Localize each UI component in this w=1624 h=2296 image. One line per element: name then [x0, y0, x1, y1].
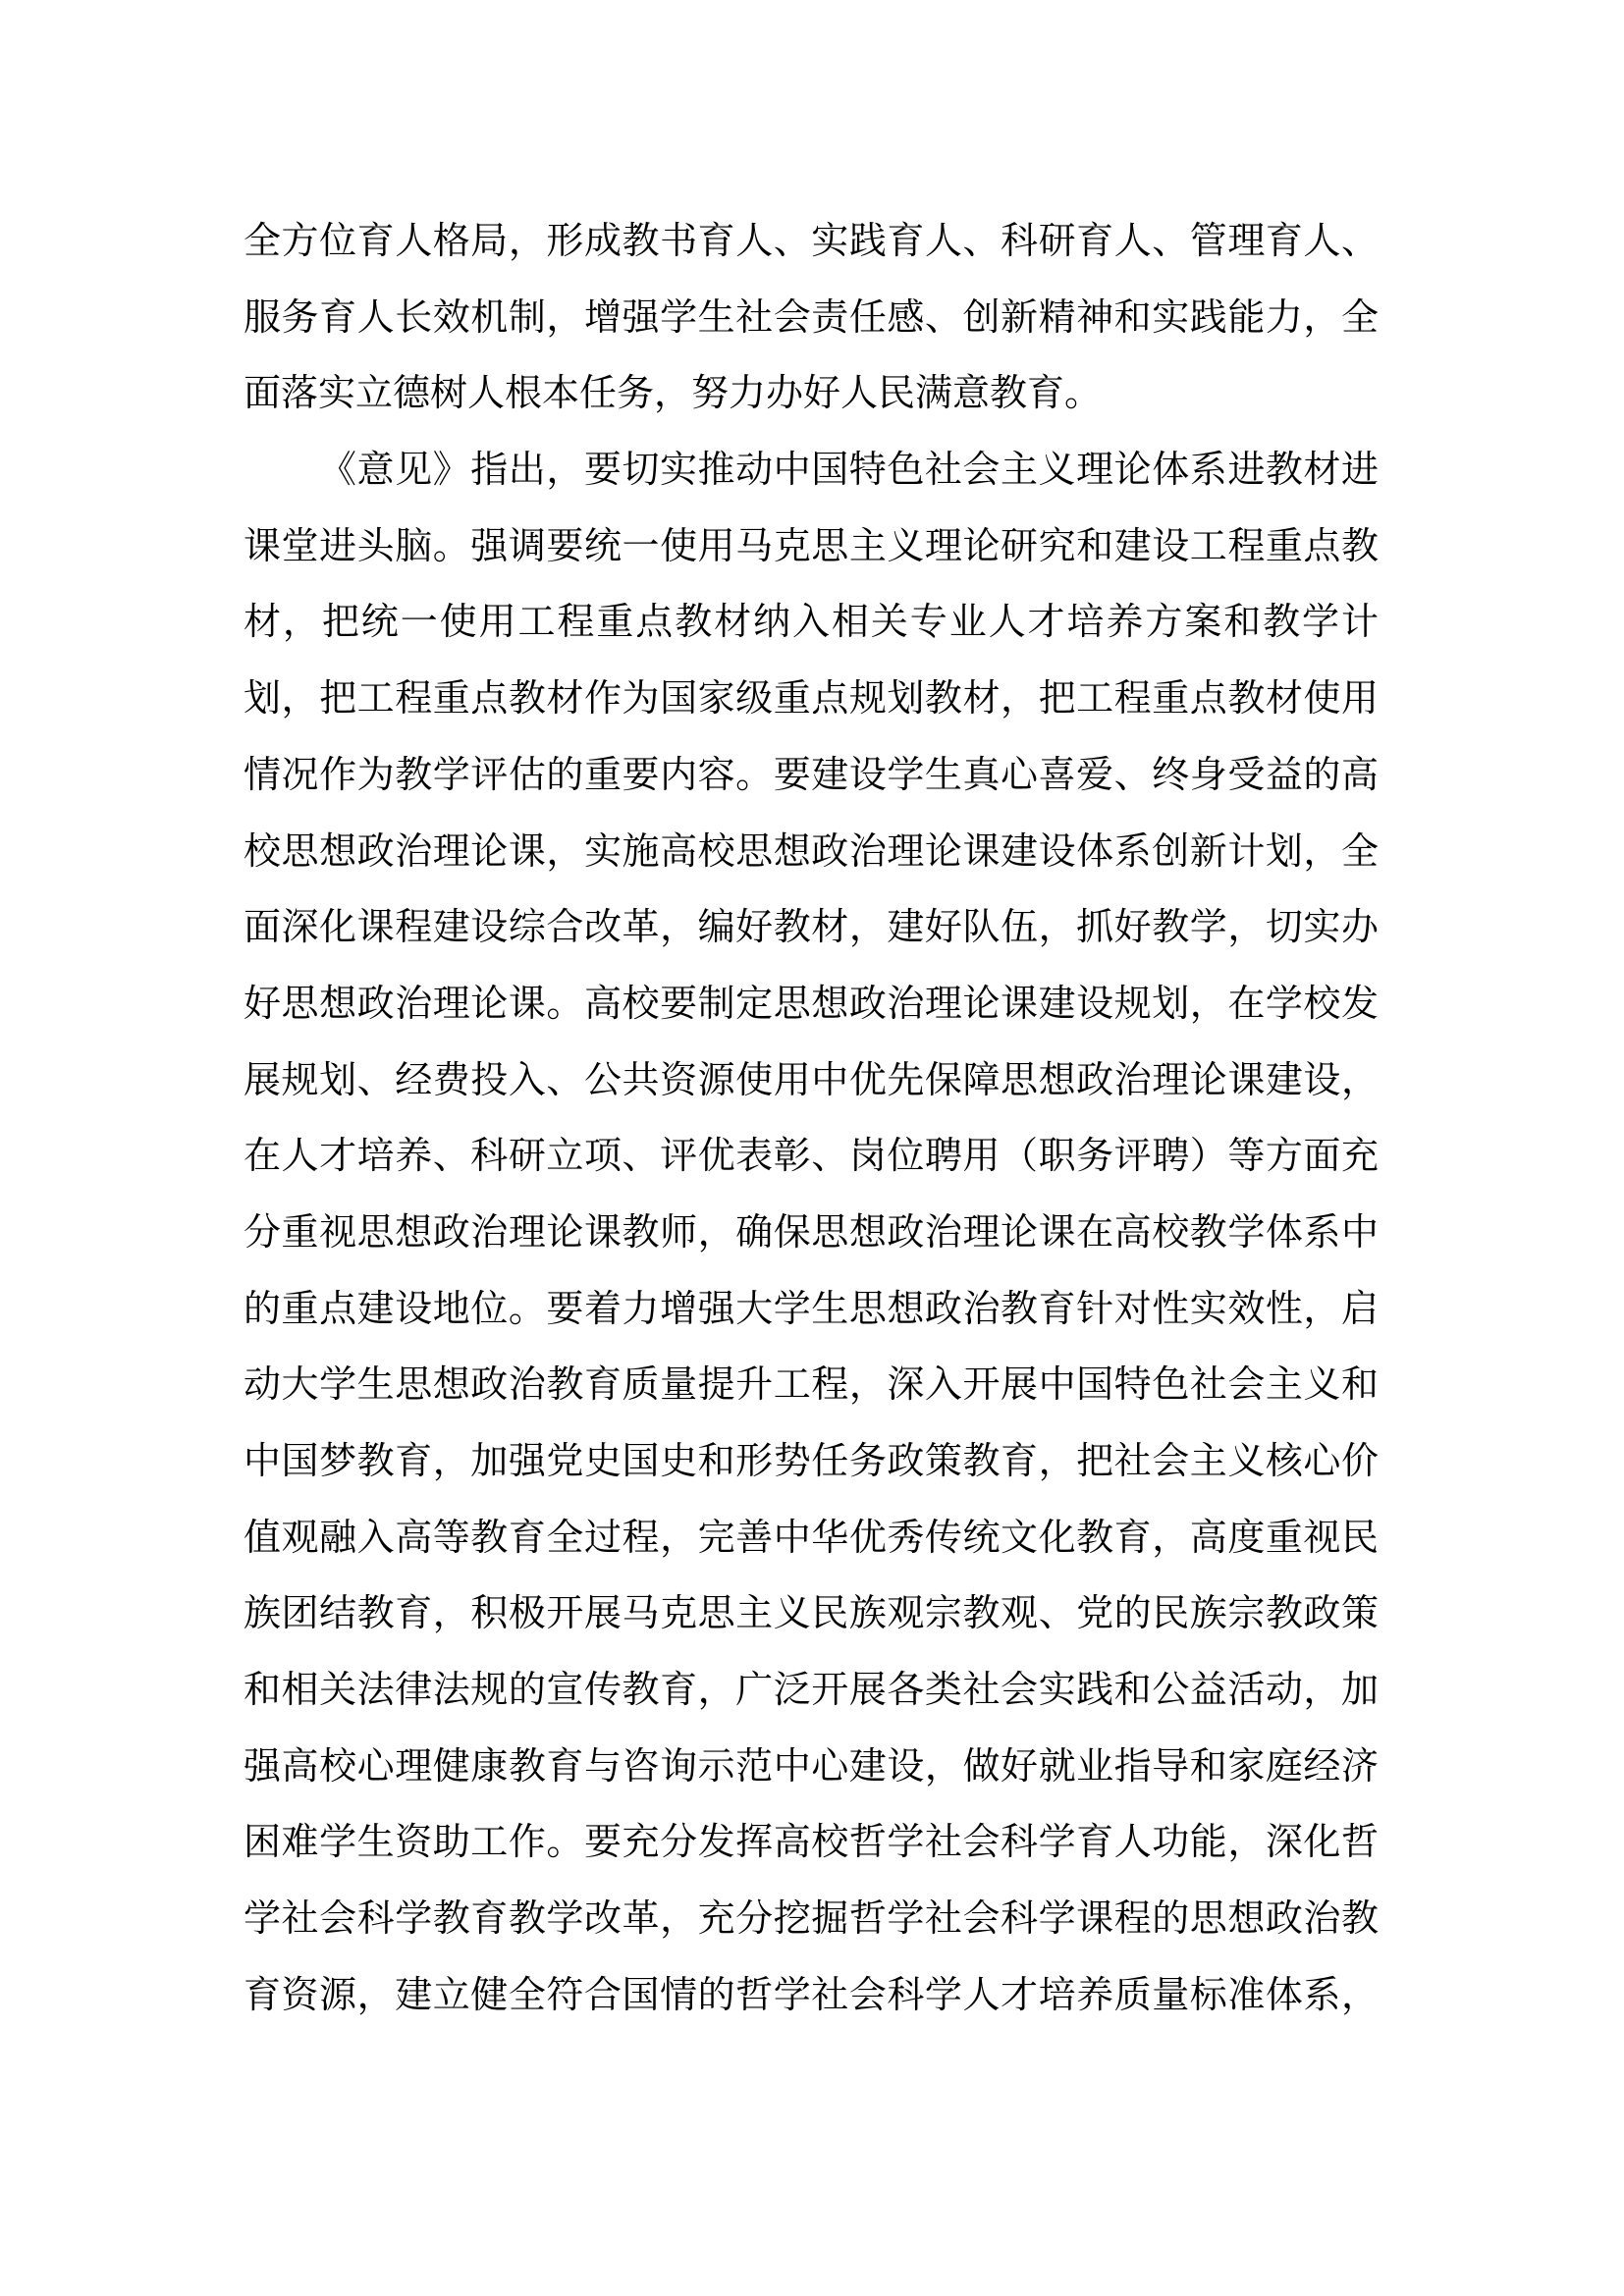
text-line: 全方位育人格局，形成教书育人、实践育人、科研育人、管理育人、	[244, 204, 1379, 281]
text-line: 学社会科学教育教学改革，充分挖掘哲学社会科学课程的思想政治教	[244, 1882, 1379, 1958]
text-line: 展规划、经费投入、公共资源使用中优先保障思想政治理论课建设，	[244, 1043, 1379, 1120]
text-line: 面落实立德树人根本任务，努力办好人民满意教育。	[244, 356, 1379, 433]
text-line: 服务育人长效机制，增强学生社会责任感、创新精神和实践能力，全	[244, 281, 1379, 357]
text-line: 课堂进头脑。强调要统一使用马克思主义理论研究和建设工程重点教	[244, 509, 1379, 586]
text-line: 划，把工程重点教材作为国家级重点规划教材，把工程重点教材使用	[244, 662, 1379, 738]
text-line: 和相关法律法规的宣传教育，广泛开展各类社会实践和公益活动，加	[244, 1653, 1379, 1730]
text-line: 好思想政治理论课。高校要制定思想政治理论课建设规划，在学校发	[244, 967, 1379, 1043]
text-line: 育资源，建立健全符合国情的哲学社会科学人才培养质量标准体系，	[244, 1958, 1379, 2035]
text-line: 分重视思想政治理论课教师，确保思想政治理论课在高校教学体系中	[244, 1196, 1379, 1272]
document-page: 全方位育人格局，形成教书育人、实践育人、科研育人、管理育人、服务育人长效机制，增…	[0, 0, 1624, 2296]
text-line: 的重点建设地位。要着力增强大学生思想政治教育针对性实效性，启	[244, 1272, 1379, 1349]
text-line: 值观融入高等教育全过程，完善中华优秀传统文化教育，高度重视民	[244, 1501, 1379, 1577]
text-line: 面深化课程建设综合改革，编好教材，建好队伍，抓好教学，切实办	[244, 890, 1379, 967]
text-line: 中国梦教育，加强党史国史和形势任务政策教育，把社会主义核心价	[244, 1424, 1379, 1501]
text-line: 校思想政治理论课，实施高校思想政治理论课建设体系创新计划，全	[244, 815, 1379, 891]
text-line: 《意见》指出，要切实推动中国特色社会主义理论体系进教材进	[244, 433, 1379, 509]
text-line: 动大学生思想政治教育质量提升工程，深入开展中国特色社会主义和	[244, 1348, 1379, 1424]
text-line: 强高校心理健康教育与咨询示范中心建设，做好就业指导和家庭经济	[244, 1730, 1379, 1806]
text-line: 在人才培养、科研立项、评优表彰、岗位聘用（职务评聘）等方面充	[244, 1119, 1379, 1196]
text-line: 情况作为教学评估的重要内容。要建设学生真心喜爱、终身受益的高	[244, 738, 1379, 815]
text-line: 材，把统一使用工程重点教材纳入相关专业人才培养方案和教学计	[244, 585, 1379, 662]
text-block: 全方位育人格局，形成教书育人、实践育人、科研育人、管理育人、服务育人长效机制，增…	[244, 204, 1379, 2035]
text-line: 困难学生资助工作。要充分发挥高校哲学社会科学育人功能，深化哲	[244, 1805, 1379, 1882]
text-line: 族团结教育，积极开展马克思主义民族观宗教观、党的民族宗教政策	[244, 1576, 1379, 1653]
